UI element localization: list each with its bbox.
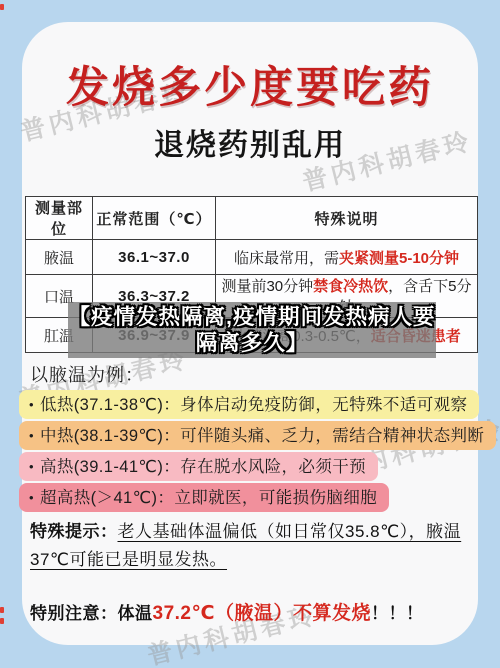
fever-level-text: 中热(38.1-39℃)：可伴随头痛、乏力，需结合精神状态判断 (40, 427, 484, 445)
bullet-icon: • (29, 428, 34, 443)
fever-level-text: 高热(39.1-41℃)：存在脱水风险，必须干预 (40, 458, 366, 476)
bullet-icon: • (29, 459, 34, 474)
poster-page: 普内科胡春玲 普内科胡春玲 普内科胡春玲 普内科胡春玲 普内科胡春玲 发烧多少度… (0, 0, 500, 668)
fever-level-text: 低热(37.1-38℃)：身体启动免疫防御，无特殊不适可观察 (40, 396, 467, 414)
special-attention-black: 体温 (118, 604, 153, 623)
caption-line-1: 【疫情发热隔离,疫情期间发热病人要 (68, 304, 436, 330)
red-edge-mark (0, 607, 4, 613)
bullet-icon: • (29, 490, 34, 505)
special-attention-red: 37.2℃（腋温）不算发烧 (153, 603, 372, 624)
bullet-icon: • (29, 397, 34, 412)
red-edge-mark (0, 618, 4, 624)
fever-level-text: 超高热(＞41℃)：立即就医，可能损伤脑细胞 (40, 489, 377, 507)
special-attention-tail: ！！！ (371, 604, 424, 623)
fever-level-low: •低热(37.1-38℃)：身体启动免疫防御，无特殊不适可观察 (19, 390, 479, 419)
fever-level-mid: •中热(38.1-39℃)：可伴随头痛、乏力，需结合精神状态判断 (19, 421, 496, 450)
video-caption-overlay: 【疫情发热隔离,疫情期间发热病人要 隔离多久】 (68, 302, 436, 358)
special-note: 特殊提示：老人基础体温偏低（如日常仅35.8℃），腋温37℃可能已是明显发热。 (30, 518, 480, 574)
caption-line-2: 隔离多久】 (68, 330, 436, 356)
fever-level-high: •高热(39.1-41℃)：存在脱水风险，必须干预 (19, 452, 378, 481)
special-attention: 特别注意：体温37.2℃（腋温）不算发烧！！！ (30, 598, 424, 625)
special-note-prefix: 特殊提示： (30, 522, 118, 541)
red-edge-mark (0, 4, 4, 10)
special-attention-prefix: 特别注意： (30, 604, 118, 623)
example-label: 以腋温为例： (30, 361, 144, 387)
fever-level-ultra: •超高热(＞41℃)：立即就医，可能损伤脑细胞 (19, 483, 389, 512)
